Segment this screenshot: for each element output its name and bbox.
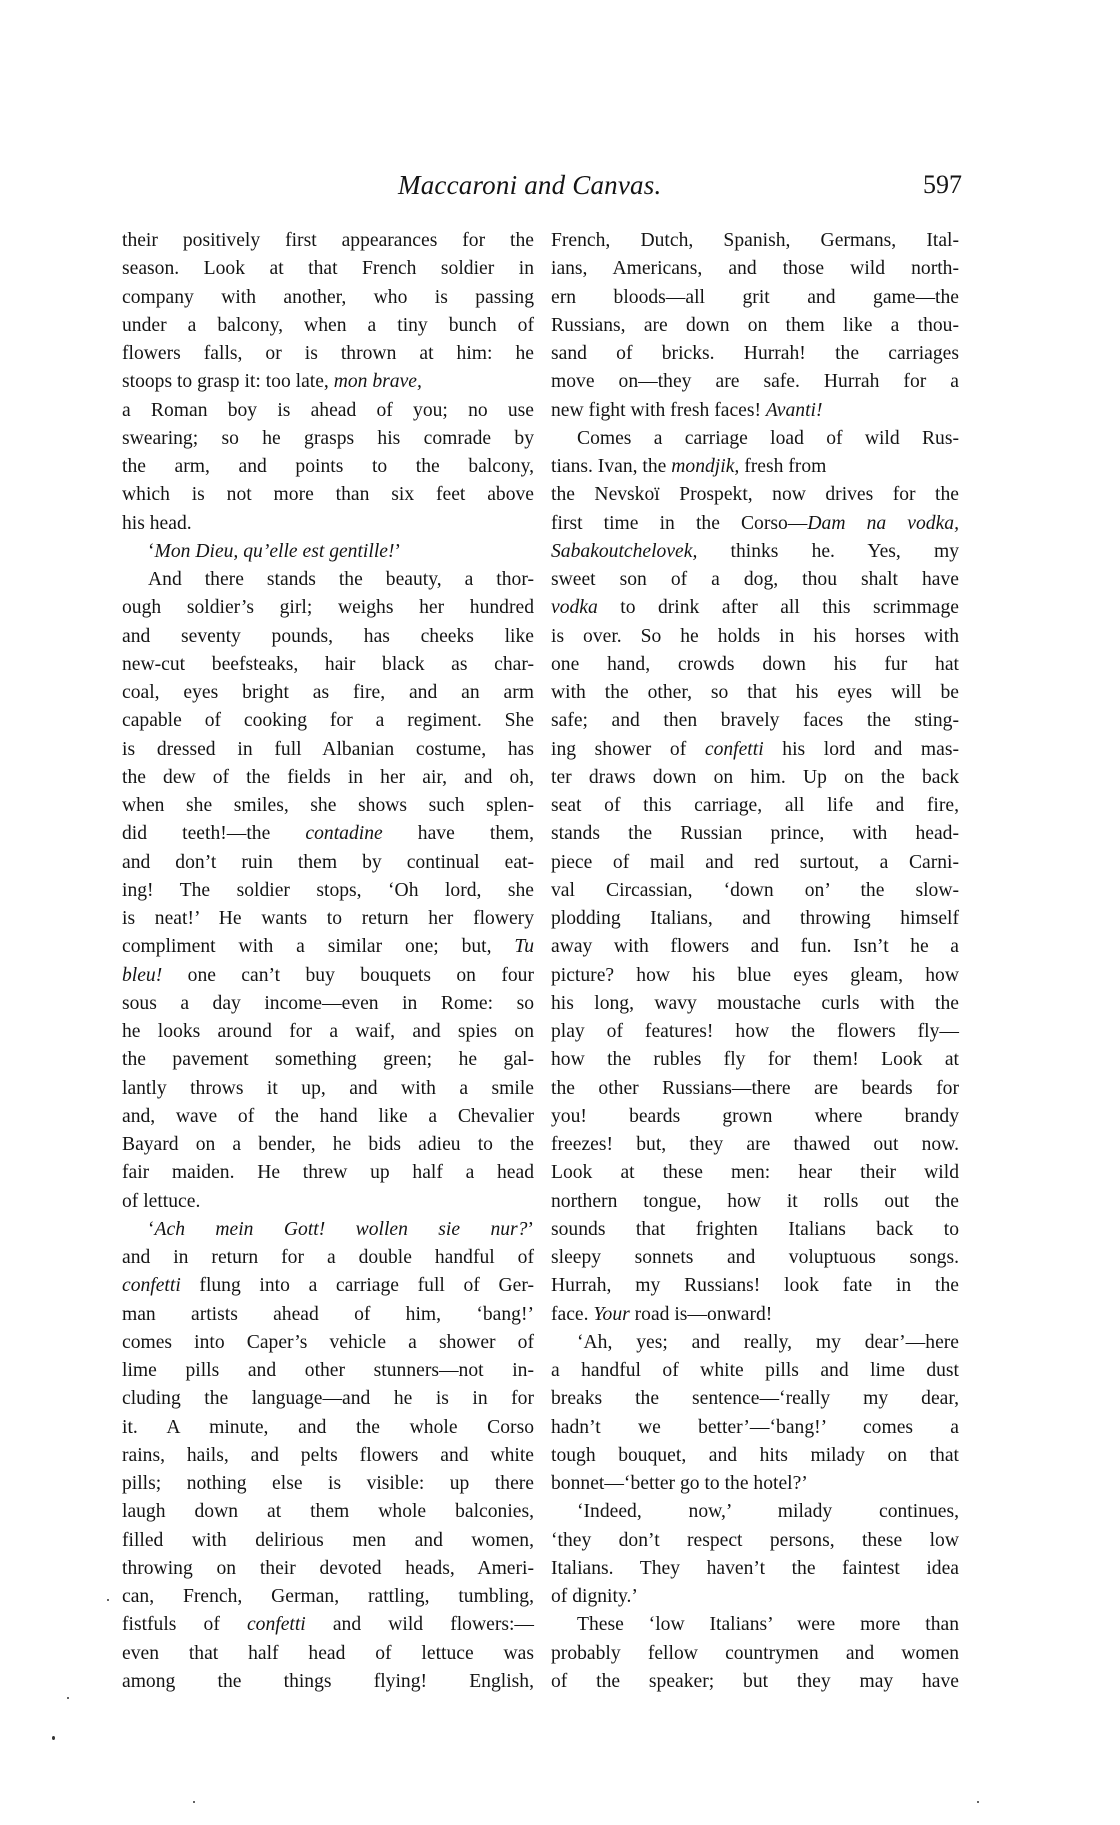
- text-run: new fight with fresh faces!: [551, 400, 766, 421]
- text-run: first time in the Corso—: [551, 513, 807, 534]
- text-run: road is—onward!: [630, 1304, 773, 1325]
- text-run: to drink after all this scrimmage: [598, 597, 959, 618]
- text-line: ing! The soldier stops, ‘Oh lord, she: [122, 877, 534, 905]
- text-line: how the rubles fly for them! Look at: [551, 1046, 959, 1074]
- print-speck: [67, 1697, 69, 1699]
- text-line: can, French, German, rattling, tumbling,: [122, 1583, 534, 1611]
- text-line: under a balcony, when a tiny bunch of: [122, 312, 534, 340]
- text-line: is neat!’ He wants to return her flowery: [122, 905, 534, 933]
- text-line: Comes a carriage load of wild Rus-: [551, 425, 959, 453]
- text-line: lantly throws it up, and with a smile: [122, 1075, 534, 1103]
- text-line: his head.: [122, 510, 534, 538]
- text-run: thinks he. Yes, my: [697, 541, 959, 562]
- text-line: sounds that frighten Italians back to: [551, 1216, 959, 1244]
- text-line: safe; and then bravely faces the sting-: [551, 707, 959, 735]
- text-line: lime pills and other stunners—not in-: [122, 1357, 534, 1385]
- text-line: seat of this carriage, all life and fire…: [551, 792, 959, 820]
- text-line: capable of cooking for a regiment. She: [122, 707, 534, 735]
- text-line: ‘Ah, yes; and really, my dear’—here: [551, 1329, 959, 1357]
- text-line: Sabakoutchelovek, thinks he. Yes, my: [551, 538, 959, 566]
- italic-phrase: Sabakoutchelovek,: [551, 541, 697, 562]
- italic-phrase: confetti: [122, 1275, 181, 1296]
- text-line: coal, eyes bright as fire, and an arm: [122, 679, 534, 707]
- print-speck: [107, 1599, 109, 1601]
- text-line: first time in the Corso—Dam na vodka,: [551, 510, 959, 538]
- text-run: ’: [394, 541, 401, 562]
- text-run: fresh from: [739, 456, 826, 477]
- text-line: ing shower of confetti his lord and mas-: [551, 736, 959, 764]
- print-speck: [193, 1801, 195, 1803]
- text-line: stands the Russian prince, with head-: [551, 820, 959, 848]
- text-line: Bayard on a bender, he bids adieu to the: [122, 1131, 534, 1159]
- text-line: Russians, are down on them like a thou-: [551, 312, 959, 340]
- text-line: compliment with a similar one; but, Tu: [122, 933, 534, 961]
- text-run: his lord and mas-: [764, 739, 959, 760]
- text-line: away with flowers and fun. Isn’t he a: [551, 933, 959, 961]
- text-line: breaks the sentence—‘really my dear,: [551, 1385, 959, 1413]
- italic-phrase: Your: [593, 1304, 629, 1325]
- text-line: a Roman boy is ahead of you; no use: [122, 397, 534, 425]
- text-column-left: their positively first appearances for t…: [122, 227, 534, 1696]
- text-line: his long, wavy moustache curls with the: [551, 990, 959, 1018]
- text-line: he looks around for a waif, and spies on: [122, 1018, 534, 1046]
- italic-phrase: Mon Dieu, qu’elle est gentille!: [155, 541, 395, 562]
- text-line: And there stands the beauty, a thor-: [122, 566, 534, 594]
- text-line: you! beards grown where brandy: [551, 1103, 959, 1131]
- text-line: ough soldier’s girl; weighs her hundred: [122, 594, 534, 622]
- text-line: These ‘low Italians’ were more than: [551, 1611, 959, 1639]
- text-line: the pavement something green; he gal-: [122, 1046, 534, 1074]
- text-run: flung into a carriage full of Ger-: [181, 1275, 534, 1296]
- italic-phrase: contadine: [305, 823, 382, 844]
- italic-phrase: Tu: [514, 936, 534, 957]
- text-line: one hand, crowds down his fur hat: [551, 651, 959, 679]
- text-line: and, wave of the hand like a Chevalier: [122, 1103, 534, 1131]
- text-line: fair maiden. He threw up half a head: [122, 1159, 534, 1187]
- text-run: one can’t buy bouquets on four: [162, 965, 534, 986]
- text-line: piece of mail and red surtout, a Carni-: [551, 849, 959, 877]
- text-line: picture? how his blue eyes gleam, how: [551, 962, 959, 990]
- text-line: season. Look at that French soldier in: [122, 255, 534, 283]
- text-line: even that half head of lettuce was: [122, 1640, 534, 1668]
- text-line: Italians. They haven’t the faintest idea: [551, 1555, 959, 1583]
- text-column-right: French, Dutch, Spanish, Germans, Ital-ia…: [551, 227, 959, 1696]
- text-line: which is not more than six feet above: [122, 481, 534, 509]
- text-line: and don’t ruin them by continual eat-: [122, 849, 534, 877]
- text-line: play of features! how the flowers fly—: [551, 1018, 959, 1046]
- text-line: throwing on their devoted heads, Ameri-: [122, 1555, 534, 1583]
- text-line: probably fellow countrymen and women: [551, 1640, 959, 1668]
- text-run: did teeth!—the: [122, 823, 305, 844]
- text-run: stoops to grasp it: too late,: [122, 371, 334, 392]
- text-line: pills; nothing else is visible: up there: [122, 1470, 534, 1498]
- text-line: of lettuce.: [122, 1188, 534, 1216]
- text-line: with the other, so that his eyes will be: [551, 679, 959, 707]
- text-line: sweet son of a dog, thou shalt have: [551, 566, 959, 594]
- text-run: compliment with a similar one; but,: [122, 936, 514, 957]
- text-line: did teeth!—the contadine have them,: [122, 820, 534, 848]
- text-line: hadn’t we better’—‘bang!’ comes a: [551, 1414, 959, 1442]
- text-line: French, Dutch, Spanish, Germans, Ital-: [551, 227, 959, 255]
- text-line: fistfuls of confetti and wild flowers:—: [122, 1611, 534, 1639]
- text-line: it. A minute, and the whole Corso: [122, 1414, 534, 1442]
- text-line: of the speaker; but they may have: [551, 1668, 959, 1696]
- text-line: ‘Ach mein Gott! wollen sie nur?’: [122, 1216, 534, 1244]
- text-line: ern bloods—all grit and game—the: [551, 284, 959, 312]
- text-line: of dignity.’: [551, 1583, 959, 1611]
- text-line: cluding the language—and he is in for: [122, 1385, 534, 1413]
- italic-phrase: vodka: [551, 597, 598, 618]
- text-line: tough bouquet, and hits milady on that: [551, 1442, 959, 1470]
- text-line: when she smiles, she shows such splen-: [122, 792, 534, 820]
- text-line: freezes! but, they are thawed out now.: [551, 1131, 959, 1159]
- italic-phrase: Dam na vodka,: [807, 513, 959, 534]
- text-line: vodka to drink after all this scrimmage: [551, 594, 959, 622]
- text-line: swearing; so he grasps his comrade by: [122, 425, 534, 453]
- text-line: company with another, who is passing: [122, 284, 534, 312]
- text-line: Look at these men: hear their wild: [551, 1159, 959, 1187]
- text-line: sous a day income—even in Rome: so: [122, 990, 534, 1018]
- text-run: ing shower of: [551, 739, 705, 760]
- text-line: bleu! one can’t buy bouquets on four: [122, 962, 534, 990]
- text-line: face. Your road is—onward!: [551, 1301, 959, 1329]
- text-run: and wild flowers:—: [306, 1614, 534, 1635]
- text-line: ‘Indeed, now,’ milady continues,: [551, 1498, 959, 1526]
- text-line: the other Russians—there are beards for: [551, 1075, 959, 1103]
- italic-phrase: Ach mein Gott! wollen sie nur?: [155, 1219, 528, 1240]
- text-line: ians, Americans, and those wild north-: [551, 255, 959, 283]
- text-line: new fight with fresh faces! Avanti!: [551, 397, 959, 425]
- text-line: filled with delirious men and women,: [122, 1527, 534, 1555]
- text-run: face.: [551, 1304, 593, 1325]
- text-run: tians. Ivan, the: [551, 456, 671, 477]
- page-number: 597: [923, 168, 962, 202]
- text-line: and in return for a double handful of: [122, 1244, 534, 1272]
- text-run: fistfuls of: [122, 1614, 247, 1635]
- italic-phrase: confetti: [705, 739, 764, 760]
- print-speck: [977, 1801, 979, 1803]
- text-line: tians. Ivan, the mondjik, fresh from: [551, 453, 959, 481]
- text-line: sleepy sonnets and voluptuous songs.: [551, 1244, 959, 1272]
- text-line: the dew of the fields in her air, and oh…: [122, 764, 534, 792]
- text-line: northern tongue, how it rolls out the: [551, 1188, 959, 1216]
- text-line: val Circassian, ‘down on’ the slow-: [551, 877, 959, 905]
- italic-phrase: mon brave,: [334, 371, 422, 392]
- text-line: a handful of white pills and lime dust: [551, 1357, 959, 1385]
- text-line: among the things flying! English,: [122, 1668, 534, 1696]
- italic-phrase: Avanti!: [766, 400, 823, 421]
- text-line: ‘they don’t respect persons, these low: [551, 1527, 959, 1555]
- text-line: confetti flung into a carriage full of G…: [122, 1272, 534, 1300]
- text-line: Hurrah, my Russians! look fate in the: [551, 1272, 959, 1300]
- print-speck: [52, 1736, 55, 1740]
- text-line: move on—they are safe. Hurrah for a: [551, 368, 959, 396]
- text-line: their positively first appearances for t…: [122, 227, 534, 255]
- italic-phrase: mondjik,: [671, 456, 739, 477]
- text-line: bonnet—‘better go to the hotel?’: [551, 1470, 959, 1498]
- text-line: the Nevskoï Prospekt, now drives for the: [551, 481, 959, 509]
- book-page: Maccaroni and Canvas. 597 their positive…: [0, 0, 1120, 1825]
- text-line: laugh down at them whole balconies,: [122, 1498, 534, 1526]
- text-run: ’: [527, 1219, 534, 1240]
- text-run: have them,: [383, 823, 534, 844]
- text-line: and seventy pounds, has cheeks like: [122, 623, 534, 651]
- text-line: rains, hails, and pelts flowers and whit…: [122, 1442, 534, 1470]
- text-line: comes into Caper’s vehicle a shower of: [122, 1329, 534, 1357]
- text-line: ter draws down on him. Up on the back: [551, 764, 959, 792]
- text-line: is dressed in full Albanian costume, has: [122, 736, 534, 764]
- text-line: sand of bricks. Hurrah! the carriages: [551, 340, 959, 368]
- text-line: plodding Italians, and throwing himself: [551, 905, 959, 933]
- text-line: new-cut beefsteaks, hair black as char-: [122, 651, 534, 679]
- italic-phrase: bleu!: [122, 965, 162, 986]
- text-line: stoops to grasp it: too late, mon brave,: [122, 368, 534, 396]
- text-line: is over. So he holds in his horses with: [551, 623, 959, 651]
- text-line: the arm, and points to the balcony,: [122, 453, 534, 481]
- running-title: Maccaroni and Canvas.: [398, 168, 661, 202]
- italic-phrase: confetti: [247, 1614, 306, 1635]
- text-line: flowers falls, or is thrown at him: he: [122, 340, 534, 368]
- text-line: man artists ahead of him, ‘bang!’: [122, 1301, 534, 1329]
- text-line: ‘Mon Dieu, qu’elle est gentille!’: [122, 538, 534, 566]
